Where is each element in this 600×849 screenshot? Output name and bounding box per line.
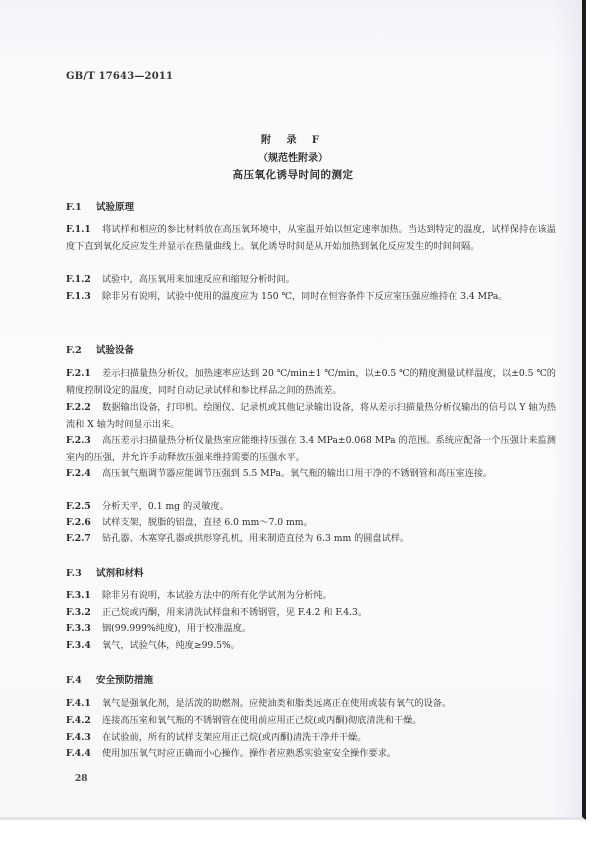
clause-number: F.3.2 [66, 605, 102, 622]
clause-f3-3: F.3.3铟(99.999%纯度)，用于校准温度。 [66, 621, 556, 638]
clause-number: F.2.1 [66, 366, 102, 383]
annex-name: 高压氧化诱导时间的测定 [0, 167, 586, 182]
clause-f2-1: F.2.1差示扫描量热分析仪，加热速率应达到 20 ℃/min±1 ℃/min，… [66, 366, 556, 399]
clause-number: F.2.7 [66, 531, 102, 548]
clause-f2-6: F.2.6试样支架，脱脂的铝盘，直径 6.0 mm～7.0 mm。 [66, 515, 556, 532]
clause-number: F.2.2 [66, 400, 102, 417]
clause-text: 除非另有说明，本试验方法中的所有化学试剂为分析纯。 [102, 590, 332, 601]
section-heading-f3: F.3试剂和材料 [66, 565, 144, 579]
clause-f2-3: F.2.3高压差示扫描量热分析仪量热室应能维持压强在 3.4 MPa±0.068… [66, 433, 556, 466]
clause-f2-7: F.2.7钻孔器、木塞穿孔器或拱形穿孔机，用来制造直径为 6.3 mm 的圆盘试… [66, 531, 556, 548]
clause-f3-4: F.3.4氧气，试验气体，纯度≥99.5%。 [66, 638, 556, 655]
clause-text: 将试样和相应的参比材料放在高压氧环境中，从室温开始以恒定速率加热。当达到特定的温… [66, 224, 556, 252]
clause-f1-3: F.1.3除非另有说明，试验中使用的温度应为 150 ℃，同时在恒容条件下反应室… [66, 289, 556, 306]
clause-f4-3: F.4.3在试验前，所有的试样支架应用正己烷(或丙酮)清洗干净并干燥。 [66, 730, 556, 747]
clause-number: F.2.3 [66, 433, 102, 450]
clause-number: F.4.4 [66, 746, 102, 763]
clause-text: 氧气是强氧化剂，是活泼的助燃剂。应使油类和脂类远离正在使用或装有氧气的设备。 [102, 698, 451, 709]
clause-f1-2: F.1.2试验中，高压氧用来加速反应和缩短分析时间。 [66, 272, 556, 289]
section-title: 试验设备 [96, 345, 134, 356]
clause-number: F.1.3 [66, 289, 102, 306]
annex-type: （规范性附录） [0, 149, 586, 164]
page-number: 28 [75, 774, 88, 784]
clause-number: F.4.1 [66, 696, 102, 713]
section-number: F.3 [66, 568, 96, 579]
clause-f4-2: F.4.2连接高压室和氧气瓶的不锈钢管在使用前应用正己烷(或丙酮)彻底清洗和干燥… [66, 713, 556, 730]
clause-text: 钻孔器、木塞穿孔器或拱形穿孔机，用来制造直径为 6.3 mm 的圆盘试样。 [102, 533, 409, 544]
clause-text: 差示扫描量热分析仪，加热速率应达到 20 ℃/min±1 ℃/min，以±0.5… [66, 368, 556, 396]
clause-text: 高压氧气瓶调节器应能调节压强到 5.5 MPa。氧气瓶的输出口用干净的不锈钢管和… [102, 468, 492, 479]
section-heading-f4: F.4安全预防措施 [66, 672, 153, 686]
section-number: F.2 [66, 345, 96, 356]
section-number: F.4 [66, 675, 96, 686]
clause-text: 在试验前，所有的试样支架应用正己烷(或丙酮)清洗干净并干燥。 [102, 732, 366, 743]
clause-text: 数据输出设备，打印机、绘图仪、记录机或其他记录输出设备，将从差示扫描量热分析仪输… [66, 402, 556, 430]
clause-text: 除非另有说明，试验中使用的温度应为 150 ℃，同时在恒容条件下反应室压强应维持… [102, 291, 508, 302]
clause-f2-4: F.2.4高压氧气瓶调节器应能调节压强到 5.5 MPa。氧气瓶的输出口用干净的… [66, 466, 556, 483]
section-heading-f1: F.1试验原理 [66, 199, 134, 213]
clause-f1-1: F.1.1将试样和相应的参比材料放在高压氧环境中，从室温开始以恒定速率加热。当达… [66, 222, 556, 255]
section-title: 试验原理 [96, 202, 134, 213]
clause-text: 连接高压室和氧气瓶的不锈钢管在使用前应用正己烷(或丙酮)彻底清洗和干燥。 [102, 715, 422, 726]
clause-f3-2: F.3.2正己烷或丙酮，用来清洗试样盘和不锈钢管，见 F.4.2 和 F.4.3… [66, 605, 556, 622]
clause-number: F.4.2 [66, 713, 102, 730]
clause-number: F.1.2 [66, 272, 102, 289]
clause-f2-2: F.2.2数据输出设备，打印机、绘图仪、记录机或其他记录输出设备，将从差示扫描量… [66, 400, 556, 433]
clause-text: 正己烷或丙酮，用来清洗试样盘和不锈钢管，见 F.4.2 和 F.4.3。 [102, 607, 367, 618]
clause-number: F.2.4 [66, 466, 102, 483]
clause-text: 试样支架，脱脂的铝盘，直径 6.0 mm～7.0 mm。 [102, 517, 313, 528]
clause-number: F.2.5 [66, 499, 102, 516]
clause-text: 铟(99.999%纯度)，用于校准温度。 [102, 623, 251, 634]
clause-f4-4: F.4.4使用加压氧气时应正确而小心操作。操作者应熟悉实验室安全操作要求。 [66, 746, 556, 763]
clause-number: F.4.3 [66, 730, 102, 747]
section-heading-f2: F.2试验设备 [66, 342, 134, 356]
section-title: 试剂和材料 [96, 568, 144, 579]
clause-f2-5: F.2.5分析天平，0.1 mg 的灵敏度。 [66, 499, 556, 516]
clause-text: 使用加压氧气时应正确而小心操作。操作者应熟悉实验室安全操作要求。 [102, 748, 396, 759]
clause-text: 试验中，高压氧用来加速反应和缩短分析时间。 [102, 274, 295, 285]
clause-text: 高压差示扫描量热分析仪量热室应能维持压强在 3.4 MPa±0.068 MPa … [66, 435, 556, 463]
document-page: GB/T 17643—2011 附 录 F （规范性附录） 高压氧化诱导时间的测… [0, 0, 586, 820]
section-number: F.1 [66, 202, 96, 213]
clause-f3-1: F.3.1除非另有说明，本试验方法中的所有化学试剂为分析纯。 [66, 588, 556, 605]
clause-f4-1: F.4.1氧气是强氧化剂，是活泼的助燃剂。应使油类和脂类远离正在使用或装有氧气的… [66, 696, 556, 713]
clause-number: F.3.4 [66, 638, 102, 655]
section-title: 安全预防措施 [96, 675, 153, 686]
clause-text: 分析天平，0.1 mg 的灵敏度。 [102, 501, 229, 512]
standard-code: GB/T 17643—2011 [66, 71, 173, 82]
annex-title: 附 录 F [0, 131, 586, 146]
clause-number: F.2.6 [66, 515, 102, 532]
clause-text: 氧气，试验气体，纯度≥99.5%。 [102, 640, 240, 651]
clause-number: F.1.1 [66, 222, 102, 239]
clause-number: F.3.1 [66, 588, 102, 605]
clause-number: F.3.3 [66, 621, 102, 638]
